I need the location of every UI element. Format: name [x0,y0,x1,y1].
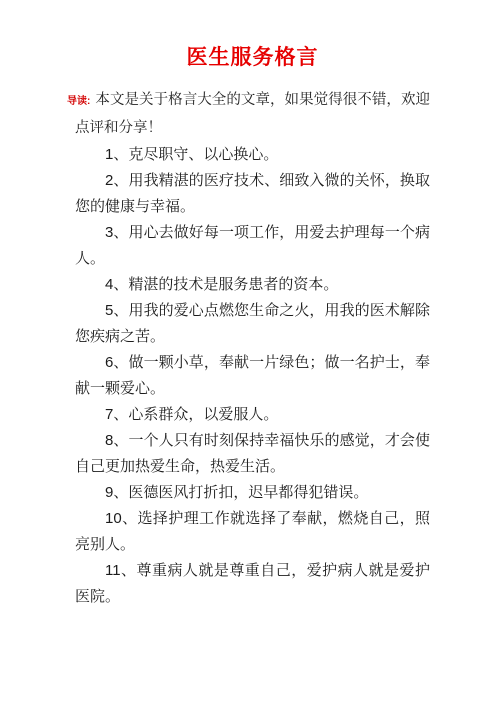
motto-item-6: 6、做一颗小草，奉献一片绿色；做一名护士，奉献一颗爱心。 [75,350,430,402]
motto-item-1: 1、克尽职守、以心换心。 [75,142,430,168]
intro-lead-label: 导读: [67,88,95,115]
motto-list: 1、克尽职守、以心换心。 2、用我精湛的医疗技术、细致入微的关怀，换取您的健康与… [75,142,430,610]
document-page: 医生服务格言 导读:本文是关于格言大全的文章，如果觉得很不错，欢迎点评和分享！ … [0,0,500,707]
intro-paragraph: 导读:本文是关于格言大全的文章，如果觉得很不错，欢迎点评和分享！ [75,87,430,142]
page-title: 医生服务格言 [75,45,430,70]
motto-item-2: 2、用我精湛的医疗技术、细致入微的关怀，换取您的健康与幸福。 [75,168,430,220]
motto-item-4: 4、精湛的技术是服务患者的资本。 [75,272,430,298]
motto-item-3: 3、用心去做好每一项工作，用爱去护理每一个病人。 [75,220,430,272]
intro-text: 本文是关于格言大全的文章，如果觉得很不错，欢迎点评和分享！ [75,92,430,136]
motto-item-8: 8、一个人只有时刻保持幸福快乐的感觉，才会使自己更加热爱生命，热爱生活。 [75,428,430,480]
motto-item-7: 7、心系群众，以爱服人。 [75,402,430,428]
motto-item-11: 11、尊重病人就是尊重自己，爱护病人就是爱护医院。 [75,558,430,610]
motto-item-5: 5、用我的爱心点燃您生命之火，用我的医术解除您疾病之苦。 [75,298,430,350]
motto-item-9: 9、医德医风打折扣，迟早都得犯错误。 [75,480,430,506]
motto-item-10: 10、选择护理工作就选择了奉献，燃烧自己，照亮别人。 [75,506,430,558]
